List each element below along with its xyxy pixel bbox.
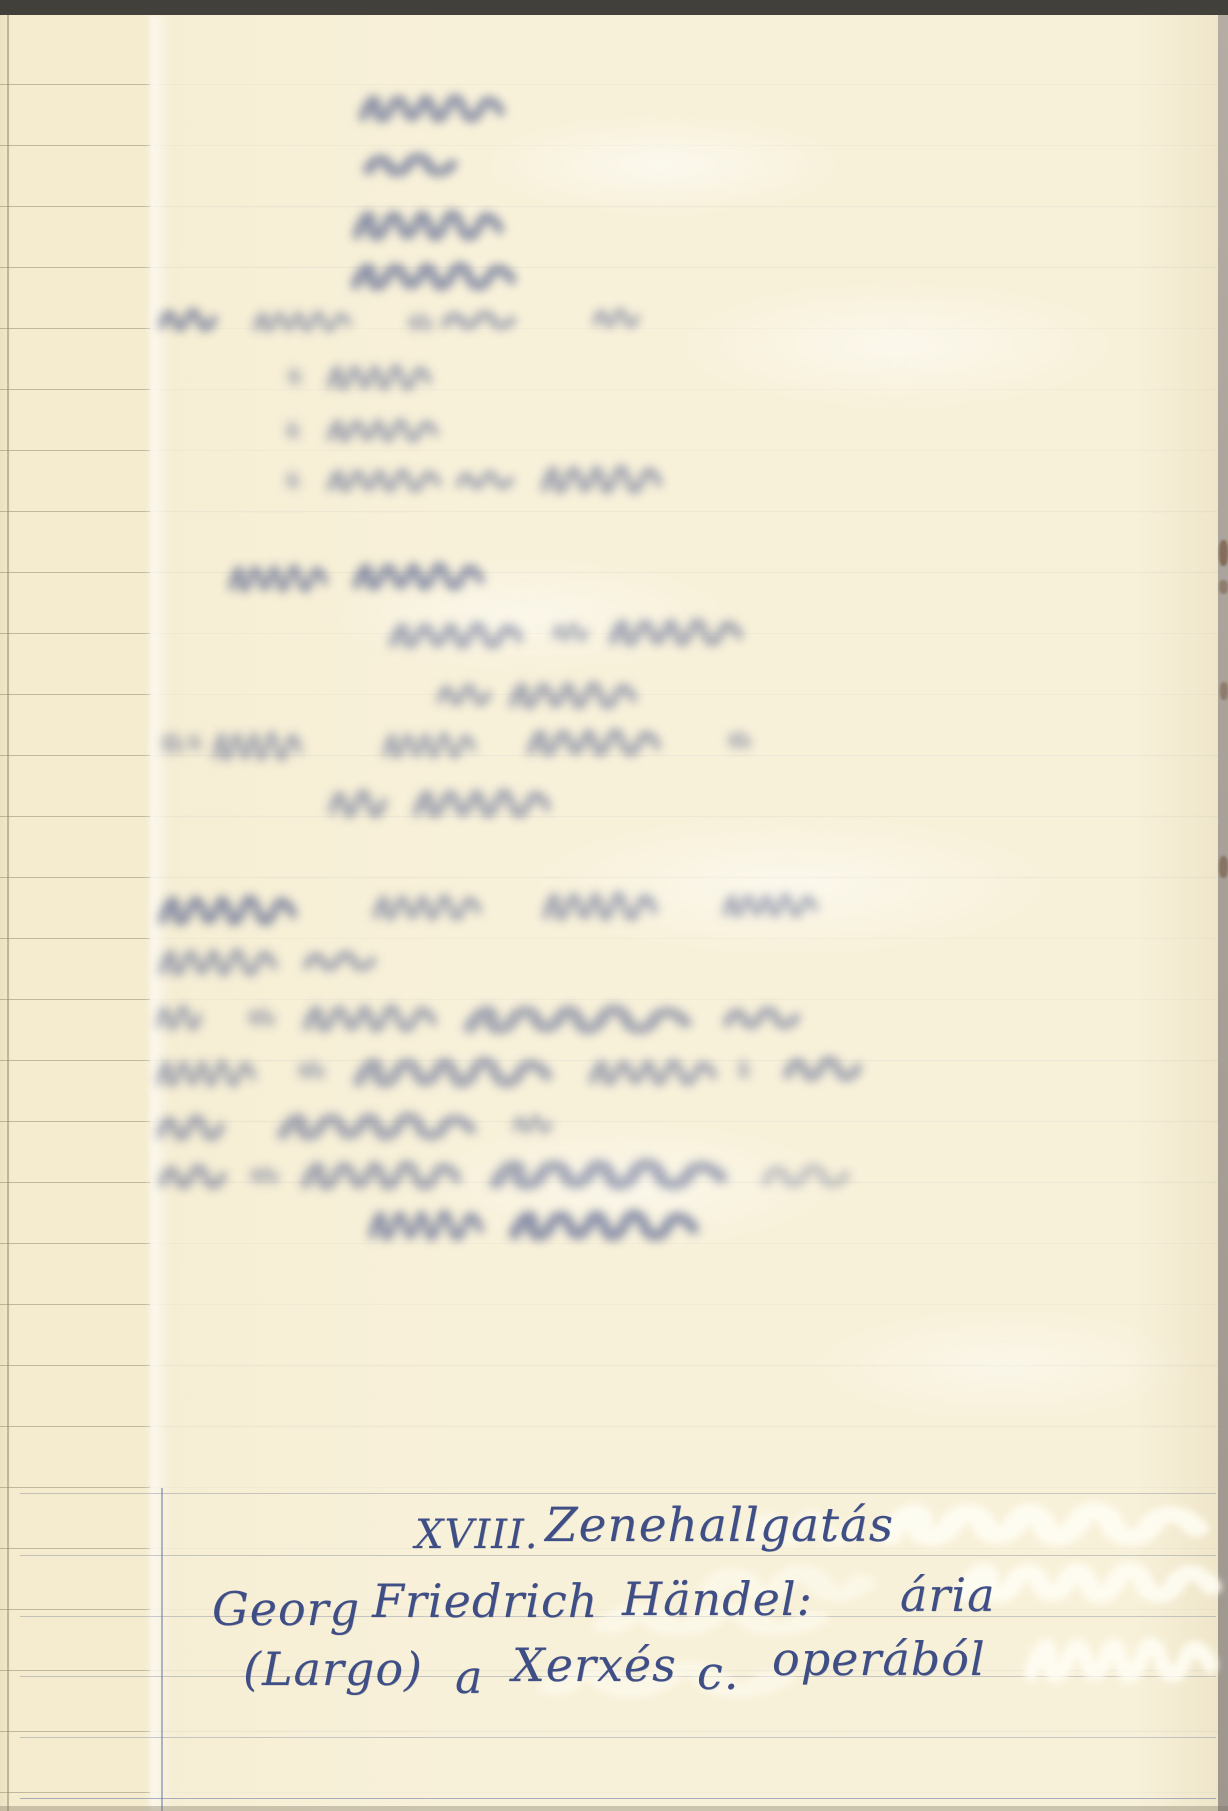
edge-stain	[1219, 580, 1228, 594]
page-stack-edge	[7, 15, 9, 1811]
edge-stain	[1219, 540, 1228, 566]
blurred-handwriting	[328, 782, 390, 828]
scanner-edge-right	[1218, 15, 1228, 1811]
scanner-edge-bottom	[0, 1806, 1228, 1811]
handwritten-word: operából	[772, 1632, 986, 1686]
handwritten-word: (Largo)	[243, 1642, 423, 1696]
blurred-handwriting	[592, 303, 642, 335]
margin-line	[161, 1488, 163, 1811]
blurred-handwriting	[368, 1203, 486, 1249]
handwritten-word: Händel:	[622, 1572, 813, 1626]
blurred-handwriting	[352, 203, 507, 249]
blurred-handwriting	[298, 1056, 326, 1086]
blurred-handwriting	[162, 726, 184, 762]
section-title: Zenehallgatás	[545, 1498, 894, 1553]
blurred-handwriting	[382, 726, 478, 766]
blurred-handwriting	[352, 556, 487, 598]
ink-showthrough	[1025, 1630, 1220, 1692]
blurred-handwriting	[248, 1003, 276, 1033]
blurred-handwriting	[288, 362, 302, 392]
blurred-handwriting	[352, 1050, 557, 1096]
blurred-handwriting	[286, 466, 300, 496]
edge-stain	[1219, 856, 1228, 878]
blurred-handwriting	[722, 1001, 804, 1037]
section-numeral: XVIII.	[415, 1512, 538, 1558]
handwritten-word: Friedrich	[372, 1574, 598, 1628]
blurred-handwriting	[722, 888, 820, 924]
blurred-handwriting	[440, 306, 520, 336]
blurred-handwriting	[512, 1110, 554, 1140]
blurred-handwriting	[372, 888, 484, 928]
blurred-handwriting	[488, 1152, 733, 1198]
blurred-handwriting	[542, 885, 660, 929]
blurred-handwriting	[738, 1053, 750, 1087]
edge-stain	[1220, 682, 1228, 700]
blurred-handwriting	[526, 722, 664, 764]
blurred-handwriting	[158, 888, 300, 934]
blurred-handwriting	[508, 1203, 703, 1249]
blurred-handwriting	[302, 998, 440, 1040]
blurred-handwriting	[326, 358, 434, 398]
blurred-handwriting	[158, 1158, 230, 1198]
blurred-handwriting	[728, 726, 752, 756]
blurred-handwriting	[158, 303, 220, 339]
blurred-handwriting	[760, 1158, 855, 1196]
blurred-handwriting	[508, 675, 640, 717]
ruled-line	[20, 1737, 1216, 1738]
adjacent-page-edge	[0, 15, 150, 1811]
scanned-notebook-page: XVIII. Zenehallgatás Georg Friedrich Hän…	[0, 0, 1228, 1811]
handwritten-word: Georg	[212, 1582, 360, 1636]
handwritten-word: c.	[697, 1646, 739, 1700]
ink-showthrough	[878, 1496, 1213, 1554]
blurred-handwriting	[156, 998, 204, 1040]
ruled-line	[20, 1493, 1216, 1494]
blurred-handwriting	[250, 1162, 280, 1190]
blurred-handwriting	[455, 466, 517, 496]
handwritten-word: Xerxés	[512, 1638, 677, 1692]
blurred-handwriting	[462, 998, 697, 1042]
blurred-handwriting	[228, 558, 330, 600]
ruled-line	[20, 1798, 1216, 1799]
blurred-handwriting	[388, 616, 526, 656]
blurred-handwriting	[156, 1108, 228, 1150]
blurred-handwriting	[326, 463, 444, 499]
blurred-handwriting	[408, 308, 434, 338]
blurred-handwriting	[608, 612, 746, 654]
blurred-handwriting	[302, 946, 380, 978]
handwritten-word: ária	[900, 1568, 996, 1622]
blurred-handwriting	[252, 306, 354, 338]
blurred-handwriting	[412, 782, 554, 826]
blurred-handwriting	[158, 942, 280, 984]
blurred-handwriting	[362, 148, 462, 184]
blurred-handwriting	[286, 416, 300, 446]
blurred-handwriting	[188, 728, 202, 758]
blurred-handwriting	[358, 88, 508, 130]
blurred-handwriting	[300, 1154, 465, 1198]
blurred-handwriting	[552, 618, 590, 648]
blurred-handwriting	[540, 458, 665, 502]
blurred-handwriting	[276, 1106, 481, 1148]
blurred-handwriting	[326, 413, 441, 449]
blurred-handwriting	[782, 1050, 866, 1090]
blurred-handwriting	[350, 256, 520, 298]
blurred-handwriting	[588, 1053, 720, 1093]
blurred-handwriting	[436, 678, 494, 714]
handwritten-word: a	[455, 1650, 483, 1704]
scanner-edge-top	[0, 0, 1228, 15]
blurred-handwriting	[212, 724, 304, 770]
blurred-handwriting	[156, 1053, 258, 1095]
